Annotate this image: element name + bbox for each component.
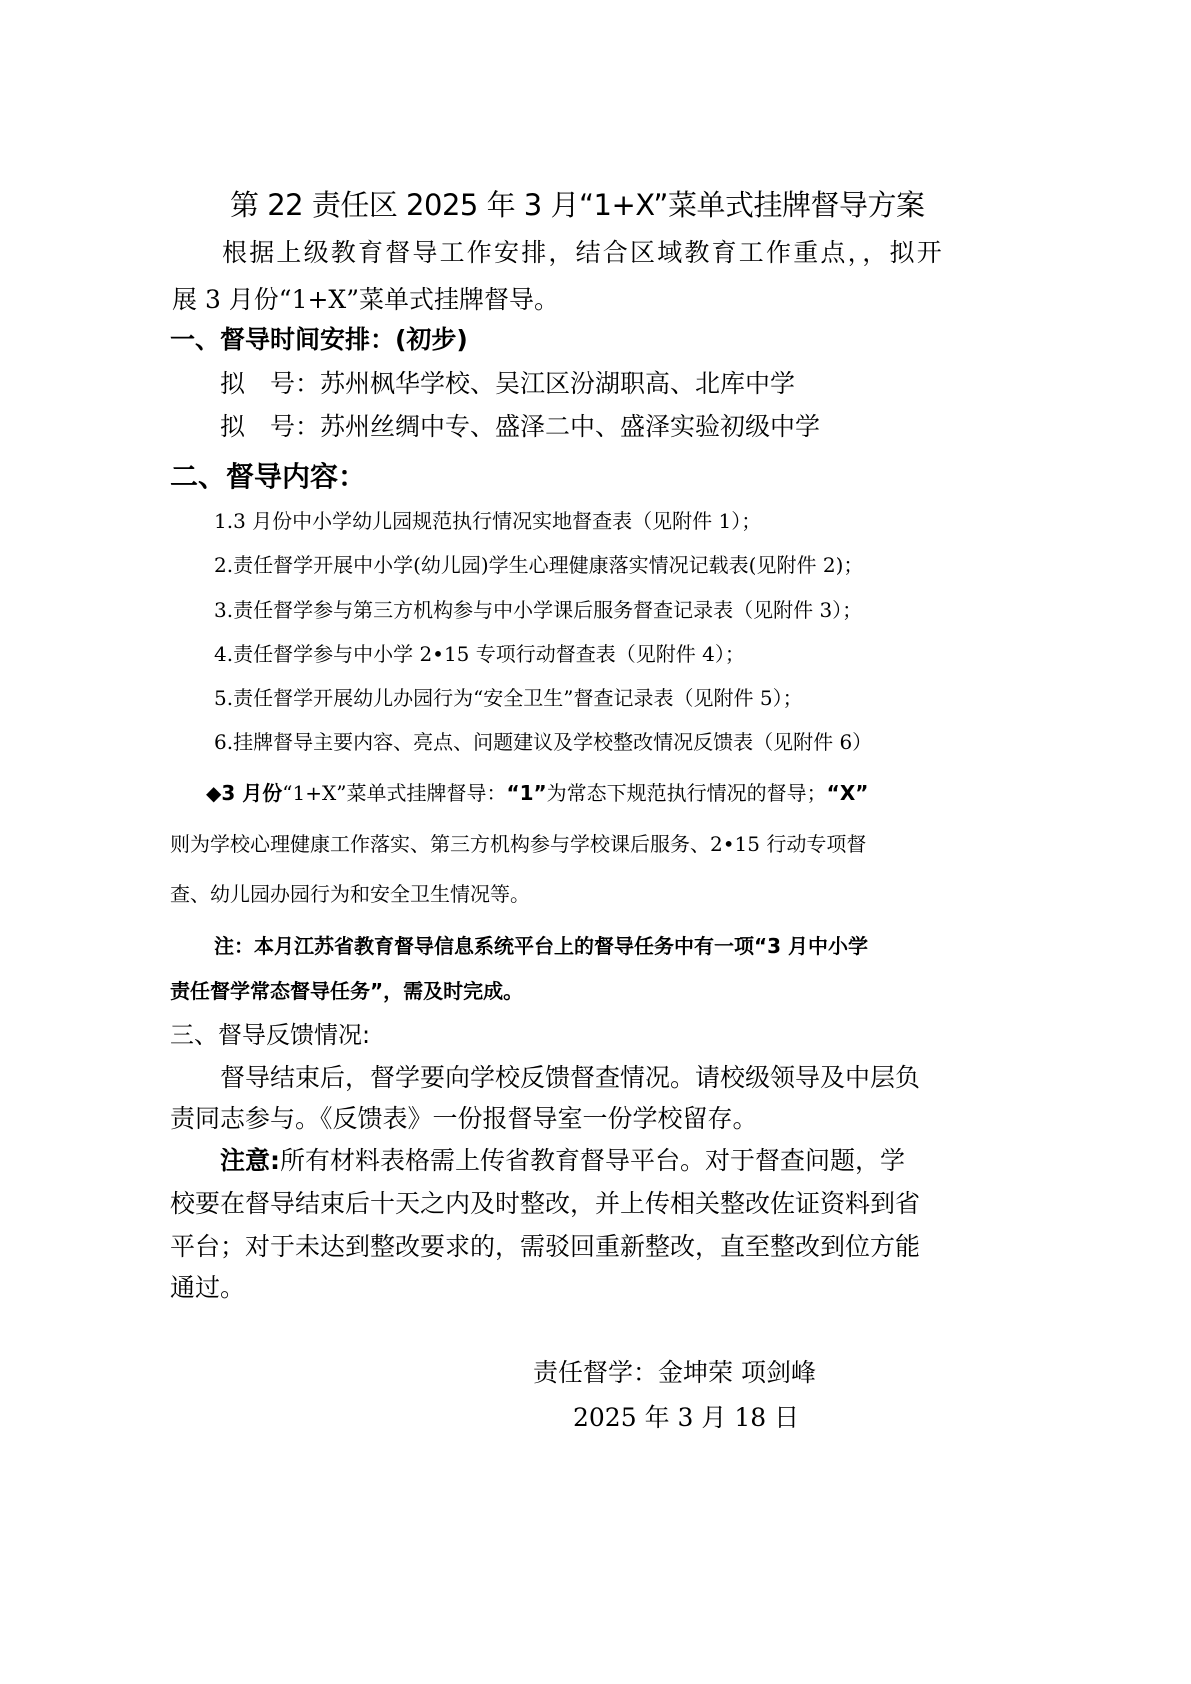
section-1-heading: 一、督导时间安排：(初步): [170, 320, 468, 356]
feedback-para-line-2: 责同志参与。《反馈表》一份报督导室一份学校留存。: [170, 1099, 758, 1135]
schedule-schools: 苏州枫华学校、吴江区汾湖职高、北库中学: [320, 369, 795, 398]
intro-line-2: 展 3 月份“1+X”菜单式挂牌督导。: [172, 280, 559, 316]
menu-explanation-line-1: ◆3 月份“1+X”菜单式挂牌督导：“1”为常态下规范执行情况的督导；“X”: [206, 777, 868, 806]
attention-para-line-3: 平台；对于未达到整改要求的，需驳回重新整改，直至整改到位方能: [170, 1227, 920, 1263]
schedule-schools: 苏州丝绸中专、盛泽二中、盛泽实验初级中学: [320, 412, 820, 441]
schedule-row: 拟 号：苏州枫华学校、吴江区汾湖职高、北库中学: [220, 364, 795, 400]
document-title: 第 22 责任区 2025 年 3 月“1+X”菜单式挂牌督导方案: [230, 183, 924, 224]
content-item: 5.责任督学开展幼儿办园行为“安全卫生”督查记录表（见附件 5）；: [214, 682, 803, 711]
section-3-heading: 三、督导反馈情况:: [170, 1015, 370, 1050]
content-item: 4.责任督学参与中小学 2•15 专项行动督查表（见附件 4）；: [214, 638, 745, 667]
attention-label: 注意:: [220, 1146, 280, 1175]
diamond-bullet-icon: ◆: [206, 781, 221, 805]
schedule-row: 拟 号：苏州丝绸中专、盛泽二中、盛泽实验初级中学: [220, 407, 820, 443]
attention-para-line-4: 通过。: [170, 1268, 245, 1304]
platform-note-line-2: 责任督学常态督导任务”，需及时完成。: [170, 975, 523, 1004]
schedule-label: 拟 号：: [220, 412, 320, 441]
signature-inspectors: 责任督学：金坤荣 项剑峰: [533, 1353, 816, 1389]
attention-para-line-1: 注意:所有材料表格需上传省教育督导平台。对于督查问题，学: [220, 1141, 905, 1177]
content-item: 3.责任督学参与第三方机构参与中小学课后服务督查记录表（见附件 3）；: [214, 594, 862, 623]
menu-explanation-line-3: 查、幼儿园办园行为和安全卫生情况等。: [170, 878, 530, 907]
intro-line-1: 根据上级教育督导工作安排，结合区域教育工作重点，，拟开: [222, 233, 944, 269]
schedule-label: 拟 号：: [220, 369, 320, 398]
signature-date: 2025 年 3 月 18 日: [573, 1398, 799, 1434]
feedback-para-line-1: 督导结束后，督学要向学校反馈督查情况。请校级领导及中层负: [220, 1058, 920, 1094]
menu-explanation-line-2: 则为学校心理健康工作落实、第三方机构参与学校课后服务、2•15 行动专项督: [170, 828, 866, 857]
content-item: 2.责任督学开展中小学(幼儿园)学生心理健康落实情况记载表(见附件 2)；: [214, 549, 863, 578]
content-item: 6.挂牌督导主要内容、亮点、问题建议及学校整改情况反馈表（见附件 6）: [214, 726, 872, 755]
platform-note-line-1: 注：本月江苏省教育督导信息系统平台上的督导任务中有一项“3 月中小学: [214, 930, 868, 959]
attention-para-line-2: 校要在督导结束后十天之内及时整改，并上传相关整改佐证资料到省: [170, 1184, 920, 1220]
content-item: 1.3 月份中小学幼儿园规范执行情况实地督查表（见附件 1）；: [214, 505, 761, 534]
section-2-heading: 二、督导内容：: [170, 455, 366, 495]
